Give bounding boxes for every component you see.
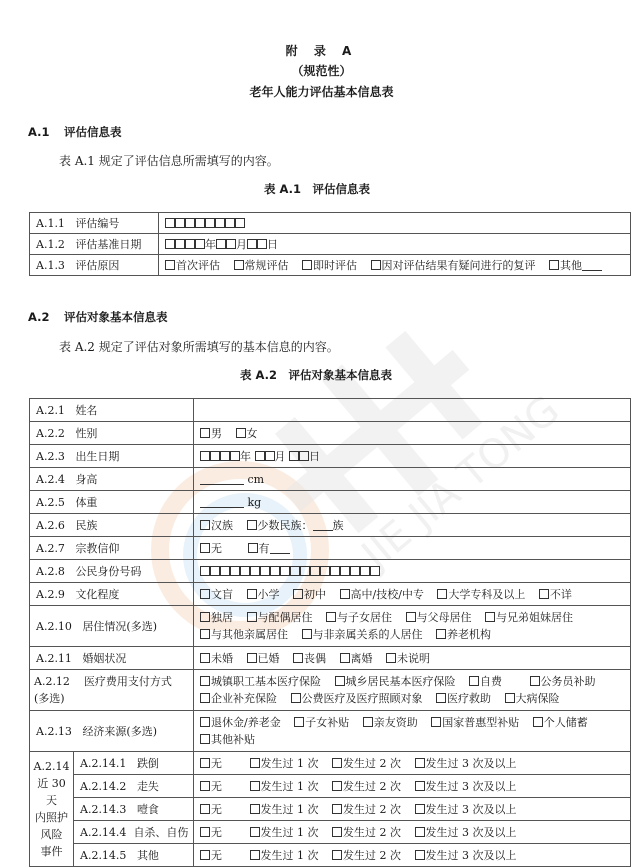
checkbox-icon xyxy=(293,653,303,663)
checkbox-option[interactable]: 初中 xyxy=(293,586,326,602)
name-field[interactable] xyxy=(194,399,631,422)
checkbox-icon xyxy=(200,734,210,744)
row-name: 噎食 xyxy=(137,803,159,816)
table-row: A.2.2 性别 男 女 xyxy=(30,422,631,445)
checkbox-option[interactable]: 发生过 3 次及以上 xyxy=(415,847,517,863)
checkbox-option[interactable]: 小学 xyxy=(247,586,280,602)
checkbox-option[interactable]: 无 xyxy=(200,847,222,863)
table-row: A.2.10 居住情况(多选) 独居 与配偶居住 与子女居住 与父母居住 与兄弟… xyxy=(30,606,631,647)
checkbox-option[interactable]: 公务员补助 xyxy=(530,673,596,690)
checkbox-option[interactable]: 丧偶 xyxy=(293,650,326,666)
checkbox-option[interactable]: 有 xyxy=(248,540,290,556)
row-name: 身高 xyxy=(75,473,97,486)
checkbox-icon xyxy=(326,612,336,622)
table-a1-caption: 表 A.1 评估信息表 xyxy=(264,181,370,197)
table-row: A.2.12 医疗费用支付方式(多选) 城镇职工基本医疗保险 城乡居民基本医疗保… xyxy=(30,670,631,711)
checkbox-icon xyxy=(431,717,441,727)
checkbox-icon xyxy=(200,850,210,860)
checkbox-option[interactable]: 发生过 2 次 xyxy=(332,755,401,771)
row-label: A.2.8 公民身份号码 xyxy=(30,560,194,583)
unit-label: kg xyxy=(248,496,262,509)
row-name: 其他 xyxy=(137,849,159,862)
checkbox-option[interactable]: 与父母居住 xyxy=(406,609,472,626)
checkbox-option[interactable]: 城镇职工基本医疗保险 xyxy=(200,673,321,690)
row-label: A.2.4 身高 xyxy=(30,468,194,491)
section-title: 评估信息表 xyxy=(64,125,122,139)
checkbox-option[interactable]: 未婚 xyxy=(200,650,233,666)
education-options: 文盲 小学 初中 高中/技校/中专 大学专科及以上 不详 xyxy=(194,583,631,606)
row-code: A.2.2 xyxy=(36,427,65,440)
row-label: A.2.1 姓名 xyxy=(30,399,194,422)
checkbox-icon xyxy=(234,260,244,270)
self-harm-risk-options: 无 发生过 1 次 发生过 2 次 发生过 3 次及以上 xyxy=(194,821,631,844)
row-label: A.2.6 民族 xyxy=(30,514,194,537)
row-code: A.2.10 xyxy=(36,620,72,633)
checkbox-option[interactable]: 女 xyxy=(236,425,258,441)
table-row: A.2.5 体重 kg xyxy=(30,491,631,514)
checkbox-option[interactable]: 无 xyxy=(200,755,222,771)
section-a1-description: 表 A.1 规定了评估信息所需填写的内容。 xyxy=(59,152,279,169)
checkbox-option[interactable]: 无 xyxy=(200,801,222,817)
checkbox-option[interactable]: 首次评估 xyxy=(165,257,220,273)
digit-boxes xyxy=(165,217,245,230)
label-line: 内照护 xyxy=(35,811,68,824)
checkbox-icon xyxy=(250,827,260,837)
row-name: 评估原因 xyxy=(75,259,119,272)
row-label: A.2.7 宗教信仰 xyxy=(30,537,194,560)
row-label: A.2.9 文化程度 xyxy=(30,583,194,606)
section-title: 评估对象基本信息表 xyxy=(64,310,168,324)
fill-blank[interactable] xyxy=(582,270,602,271)
row-name: 宗教信仰 xyxy=(75,542,119,555)
birth-date-field[interactable]: 年 月 日 xyxy=(194,445,631,468)
table-row: A.2.1 姓名 xyxy=(30,399,631,422)
checkbox-icon xyxy=(200,717,210,727)
row-label: A.1.3 评估原因 xyxy=(30,255,159,276)
checkbox-icon xyxy=(415,758,425,768)
checkbox-icon xyxy=(505,693,515,703)
checkbox-option[interactable]: 大病保险 xyxy=(505,690,560,707)
checkbox-icon xyxy=(247,589,257,599)
row-code: A.2.14.4 xyxy=(80,826,126,839)
section-a2-heading: A.2 评估对象基本信息表 xyxy=(28,309,168,325)
checkbox-option[interactable]: 与其他亲属居住 xyxy=(200,626,288,643)
row-code: A.2.13 xyxy=(36,725,72,738)
row-code: A.2.14.2 xyxy=(80,780,126,793)
row-code: A.2.5 xyxy=(36,496,65,509)
row-code: A.2.1 xyxy=(36,404,65,417)
row-label: A.1.2 评估基准日期 xyxy=(30,234,159,255)
checkbox-icon xyxy=(371,260,381,270)
appendix-heading: 附 录 A xyxy=(0,42,643,59)
row-name: 文化程度 xyxy=(75,588,119,601)
row-name: 婚姻状况 xyxy=(82,652,126,665)
row-label: A.2.11 婚姻状况 xyxy=(30,647,194,670)
row-code: A.2.14.3 xyxy=(80,803,126,816)
row-label: A.2.2 性别 xyxy=(30,422,194,445)
checkbox-icon xyxy=(200,827,210,837)
checkbox-icon xyxy=(332,804,342,814)
table-a1: A.1.1 评估编号 A.1.2 评估基准日期 年月日 A.1.3 评估原因 首… xyxy=(29,212,631,276)
checkbox-icon xyxy=(250,850,260,860)
checkbox-icon xyxy=(363,717,373,727)
checkbox-icon xyxy=(200,543,210,553)
checkbox-option[interactable]: 未说明 xyxy=(386,650,430,666)
checkbox-icon xyxy=(200,676,210,686)
row-name: 跌倒 xyxy=(137,757,159,770)
row-label: A.2.12 医疗费用支付方式(多选) xyxy=(30,670,194,711)
checkbox-icon xyxy=(533,717,543,727)
checkbox-option[interactable]: 与兄弟姐妹居住 xyxy=(485,609,573,626)
gender-options: 男 女 xyxy=(194,422,631,445)
checkbox-option[interactable]: 无 xyxy=(200,540,222,556)
table-row: A.2.14.4 自杀、自伤 无 发生过 1 次 发生过 2 次 发生过 3 次… xyxy=(30,821,631,844)
checkbox-option[interactable]: 个人储蓄 xyxy=(533,714,588,731)
checkbox-icon xyxy=(236,428,246,438)
checkbox-icon xyxy=(340,589,350,599)
checkbox-icon xyxy=(406,612,416,622)
checkbox-icon xyxy=(200,653,210,663)
checkbox-icon xyxy=(247,520,257,530)
row-name: 医疗费用支付方式 xyxy=(84,675,172,688)
checkbox-option[interactable]: 其他补贴 xyxy=(200,731,255,748)
fill-blank[interactable] xyxy=(200,484,244,485)
checkbox-option[interactable]: 发生过 2 次 xyxy=(332,847,401,863)
row-name: 姓名 xyxy=(75,404,97,417)
row-label: A.2.14.3 噎食 xyxy=(74,798,194,821)
table-row: A.2.4 身高 cm xyxy=(30,468,631,491)
checkbox-option[interactable]: 与非亲属关系的人居住 xyxy=(302,626,423,643)
checkbox-icon xyxy=(386,653,396,663)
checkbox-icon xyxy=(200,804,210,814)
row-name: 性别 xyxy=(75,427,97,440)
checkbox-icon xyxy=(200,629,210,639)
normative-label: （规范性） xyxy=(0,62,643,79)
checkbox-option[interactable]: 子女补贴 xyxy=(294,714,349,731)
checkbox-icon xyxy=(250,804,260,814)
checkbox-icon xyxy=(485,612,495,622)
risk-group-label: A.2.14 近 30 天 内照护 风险 事件 xyxy=(30,752,74,867)
living-arrangement-options: 独居 与配偶居住 与子女居住 与父母居住 与兄弟姐妹居住 与其他亲属居住 与非亲… xyxy=(194,606,631,647)
table-row: A.1.1 评估编号 xyxy=(30,213,631,234)
choking-risk-options: 无 发生过 1 次 发生过 2 次 发生过 3 次及以上 xyxy=(194,798,631,821)
checkbox-icon xyxy=(248,543,258,553)
row-name-suffix: (多选) xyxy=(34,692,65,705)
table-a2-caption: 表 A.2 评估对象基本信息表 xyxy=(240,367,392,383)
table-a2: A.2.1 姓名 A.2.2 性别 男 女 A.2.3 出生日期 年 月 日 A… xyxy=(29,398,631,867)
row-code: A.1.3 xyxy=(36,259,65,272)
checkbox-option[interactable]: 国家普惠型补贴 xyxy=(431,714,519,731)
fill-blank[interactable] xyxy=(313,530,333,531)
checkbox-option[interactable]: 城乡居民基本医疗保险 xyxy=(335,673,456,690)
row-name: 居住情况(多选) xyxy=(82,620,157,633)
checkbox-option[interactable]: 退休金/养老金 xyxy=(200,714,281,731)
unit-label: cm xyxy=(248,473,265,486)
marital-status-options: 未婚 已婚 丧偶 离婚 未说明 xyxy=(194,647,631,670)
checkbox-icon xyxy=(200,693,210,703)
checkbox-option[interactable]: 离婚 xyxy=(340,650,373,666)
id-number-field[interactable] xyxy=(194,560,631,583)
checkbox-icon xyxy=(250,781,260,791)
checkbox-option[interactable]: 亲友资助 xyxy=(363,714,418,731)
checkbox-icon xyxy=(247,653,257,663)
checkbox-icon xyxy=(291,693,301,703)
section-a1-heading: A.1 评估信息表 xyxy=(28,124,122,140)
fill-blank[interactable] xyxy=(200,507,244,508)
fill-blank[interactable] xyxy=(270,553,290,554)
checkbox-option[interactable]: 即时评估 xyxy=(302,257,357,273)
income-source-options: 退休金/养老金 子女补贴 亲友资助 国家普惠型补贴 个人储蓄 其他补贴 xyxy=(194,711,631,752)
row-code: A.2.7 xyxy=(36,542,65,555)
row-label: A.2.14.2 走失 xyxy=(74,775,194,798)
table-row: A.2.14 近 30 天 内照护 风险 事件 A.2.14.1 跌倒 无 发生… xyxy=(30,752,631,775)
checkbox-icon xyxy=(332,850,342,860)
ethnicity-options: 汉族 少数民族：族 xyxy=(194,514,631,537)
checkbox-icon xyxy=(530,676,540,686)
row-name: 经济来源(多选) xyxy=(82,725,157,738)
row-label: A.1.1 评估编号 xyxy=(30,213,159,234)
checkbox-option[interactable]: 发生过 3 次及以上 xyxy=(415,801,517,817)
checkbox-icon xyxy=(302,629,312,639)
checkbox-icon xyxy=(437,589,447,599)
fall-risk-options: 无 发生过 1 次 发生过 2 次 发生过 3 次及以上 xyxy=(194,752,631,775)
checkbox-option[interactable]: 大学专科及以上 xyxy=(437,586,525,602)
checkbox-option[interactable]: 公费医疗及医疗照顾对象 xyxy=(291,690,423,707)
checkbox-icon xyxy=(293,589,303,599)
table-row: A.2.3 出生日期 年 月 日 xyxy=(30,445,631,468)
row-code: A.2.9 xyxy=(36,588,65,601)
checkbox-option[interactable]: 与子女居住 xyxy=(326,609,392,626)
checkbox-option[interactable]: 独居 xyxy=(200,609,233,626)
digit-boxes xyxy=(200,565,380,578)
checkbox-icon xyxy=(200,428,210,438)
checkbox-option[interactable]: 无 xyxy=(200,824,222,840)
checkbox-option[interactable]: 少数民族：族 xyxy=(247,517,344,533)
assessment-date-field[interactable]: 年月日 xyxy=(159,234,631,255)
section-number: A.2 xyxy=(28,310,60,324)
checkbox-icon xyxy=(200,758,210,768)
table-row: A.2.14.3 噎食 无 发生过 1 次 发生过 2 次 发生过 3 次及以上 xyxy=(30,798,631,821)
checkbox-option[interactable]: 自费 xyxy=(469,673,502,690)
row-code: A.2.4 xyxy=(36,473,65,486)
row-name: 自杀、自伤 xyxy=(133,826,188,839)
checkbox-icon xyxy=(469,676,479,686)
checkbox-option[interactable]: 与配偶居住 xyxy=(247,609,313,626)
religion-options: 无 有 xyxy=(194,537,631,560)
assessment-number-field[interactable] xyxy=(159,213,631,234)
label-line: 近 30 天 xyxy=(37,777,66,807)
row-label: A.2.14.4 自杀、自伤 xyxy=(74,821,194,844)
checkbox-option[interactable]: 发生过 1 次 xyxy=(250,847,319,863)
checkbox-icon xyxy=(539,589,549,599)
wandering-risk-options: 无 发生过 1 次 发生过 2 次 发生过 3 次及以上 xyxy=(194,775,631,798)
checkbox-icon xyxy=(200,589,210,599)
row-code: A.2.6 xyxy=(36,519,65,532)
checkbox-icon xyxy=(415,850,425,860)
row-code: A.2.14 xyxy=(34,760,70,773)
row-label: A.2.14.1 跌倒 xyxy=(74,752,194,775)
checkbox-icon xyxy=(247,612,257,622)
checkbox-option[interactable]: 发生过 1 次 xyxy=(250,801,319,817)
checkbox-icon xyxy=(294,717,304,727)
checkbox-option[interactable]: 发生过 2 次 xyxy=(332,778,401,794)
table-row: A.2.14.5 其他 无 发生过 1 次 发生过 2 次 发生过 3 次及以上 xyxy=(30,844,631,867)
table-row: A.2.6 民族 汉族 少数民族：族 xyxy=(30,514,631,537)
table-row: A.2.8 公民身份号码 xyxy=(30,560,631,583)
label-line: 事件 xyxy=(41,845,63,858)
row-code: A.2.11 xyxy=(36,652,72,665)
checkbox-option[interactable]: 发生过 1 次 xyxy=(250,824,319,840)
table-row: A.2.14.2 走失 无 发生过 1 次 发生过 2 次 发生过 3 次及以上 xyxy=(30,775,631,798)
row-code: A.1.1 xyxy=(36,217,65,230)
row-label: A.2.14.5 其他 xyxy=(74,844,194,867)
checkbox-icon xyxy=(250,758,260,768)
checkbox-option[interactable]: 文盲 xyxy=(200,586,233,602)
row-label: A.2.10 居住情况(多选) xyxy=(30,606,194,647)
checkbox-option[interactable]: 发生过 2 次 xyxy=(332,801,401,817)
assessment-reason-options: 首次评估 常规评估 即时评估 因对评估结果有疑问进行的复评 其他 xyxy=(159,255,631,276)
row-code: A.2.14.1 xyxy=(80,757,126,770)
checkbox-icon xyxy=(302,260,312,270)
checkbox-icon xyxy=(436,693,446,703)
table-row: A.2.9 文化程度 文盲 小学 初中 高中/技校/中专 大学专科及以上 不详 xyxy=(30,583,631,606)
height-field[interactable]: cm xyxy=(194,468,631,491)
checkbox-icon xyxy=(200,781,210,791)
row-label: A.2.5 体重 xyxy=(30,491,194,514)
checkbox-option[interactable]: 常规评估 xyxy=(234,257,289,273)
checkbox-option[interactable]: 发生过 3 次及以上 xyxy=(415,824,517,840)
checkbox-option[interactable]: 汉族 xyxy=(200,517,233,533)
checkbox-option[interactable]: 已婚 xyxy=(247,650,280,666)
checkbox-icon xyxy=(332,758,342,768)
checkbox-icon xyxy=(200,612,210,622)
checkbox-option[interactable]: 不详 xyxy=(539,586,572,602)
row-name: 公民身份号码 xyxy=(75,565,141,578)
checkbox-option[interactable]: 医疗救助 xyxy=(436,690,491,707)
checkbox-option[interactable]: 发生过 2 次 xyxy=(332,824,401,840)
checkbox-option[interactable]: 高中/技校/中专 xyxy=(340,586,424,602)
checkbox-option[interactable]: 发生过 1 次 xyxy=(250,755,319,771)
checkbox-icon xyxy=(200,520,210,530)
table-row: A.2.7 宗教信仰 无 有 xyxy=(30,537,631,560)
checkbox-option[interactable]: 发生过 3 次及以上 xyxy=(415,755,517,771)
checkbox-option[interactable]: 因对评估结果有疑问进行的复评 xyxy=(371,257,536,273)
table-row: A.1.3 评估原因 首次评估 常规评估 即时评估 因对评估结果有疑问进行的复评… xyxy=(30,255,631,276)
checkbox-option[interactable]: 养老机构 xyxy=(436,626,491,643)
checkbox-icon xyxy=(415,804,425,814)
row-label: A.2.13 经济来源(多选) xyxy=(30,711,194,752)
checkbox-option[interactable]: 男 xyxy=(200,425,222,441)
row-code: A.1.2 xyxy=(36,238,65,251)
row-label: A.2.3 出生日期 xyxy=(30,445,194,468)
row-code: A.2.8 xyxy=(36,565,65,578)
row-code: A.2.12 xyxy=(34,675,70,688)
checkbox-option[interactable]: 发生过 3 次及以上 xyxy=(415,778,517,794)
checkbox-icon xyxy=(415,827,425,837)
row-name: 民族 xyxy=(75,519,97,532)
page-title: 老年人能力评估基本信息表 xyxy=(0,83,643,100)
checkbox-icon xyxy=(340,653,350,663)
checkbox-option[interactable]: 发生过 1 次 xyxy=(250,778,319,794)
checkbox-icon xyxy=(549,260,559,270)
weight-field[interactable]: kg xyxy=(194,491,631,514)
section-number: A.1 xyxy=(28,125,60,139)
checkbox-icon xyxy=(332,827,342,837)
row-name: 体重 xyxy=(75,496,97,509)
row-code: A.2.14.5 xyxy=(80,849,126,862)
checkbox-icon xyxy=(165,260,175,270)
other-risk-options: 无 发生过 1 次 发生过 2 次 发生过 3 次及以上 xyxy=(194,844,631,867)
table-row: A.2.13 经济来源(多选) 退休金/养老金 子女补贴 亲友资助 国家普惠型补… xyxy=(30,711,631,752)
checkbox-icon xyxy=(415,781,425,791)
checkbox-option[interactable]: 无 xyxy=(200,778,222,794)
section-a2-description: 表 A.2 规定了评估对象所需填写的基本信息的内容。 xyxy=(59,338,339,355)
table-row: A.1.2 评估基准日期 年月日 xyxy=(30,234,631,255)
checkbox-option[interactable]: 企业补充保险 xyxy=(200,690,277,707)
table-row: A.2.11 婚姻状况 未婚 已婚 丧偶 离婚 未说明 xyxy=(30,647,631,670)
checkbox-option[interactable]: 其他 xyxy=(549,257,602,273)
row-code: A.2.3 xyxy=(36,450,65,463)
row-name: 评估基准日期 xyxy=(75,238,141,251)
row-name: 评估编号 xyxy=(75,217,119,230)
label-line: 风险 xyxy=(41,828,63,841)
checkbox-icon xyxy=(436,629,446,639)
row-name: 走失 xyxy=(137,780,159,793)
checkbox-icon xyxy=(335,676,345,686)
medical-payment-options: 城镇职工基本医疗保险 城乡居民基本医疗保险 自费 公务员补助 企业补充保险 公费… xyxy=(194,670,631,711)
checkbox-icon xyxy=(332,781,342,791)
row-name: 出生日期 xyxy=(75,450,119,463)
